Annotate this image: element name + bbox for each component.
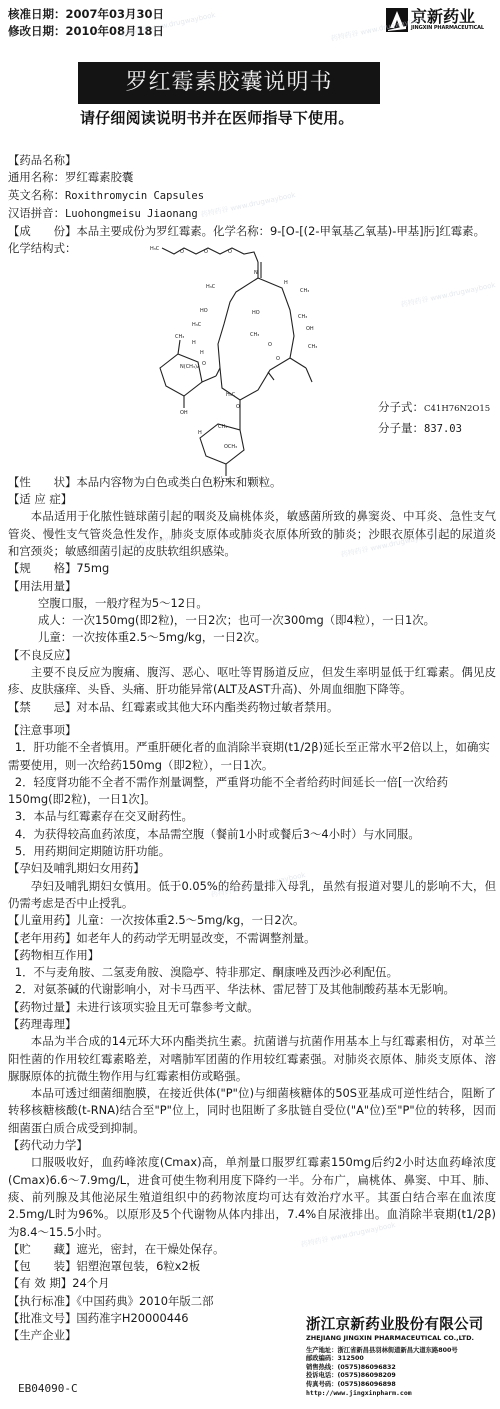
svg-text:H₃C: H₃C [206,284,216,290]
composition-text: 本品主要成份为罗红霉素。化学名称：9-[O-[(2-甲氧基乙氧基)-甲基]肟]红… [76,224,485,238]
heading-interactions: 【药物相互作用】 [8,947,496,964]
validity-text: 24个月 [72,1276,109,1290]
section-pediatric: 【儿童用药】儿童：一次按体重2.5～5mg/kg，一日2次。 [8,912,496,929]
revise-date: 2010年08月18日 [66,24,165,38]
indications-text: 本品适用于化脓性链球菌引起的咽炎及扁桃体炎，敏感菌所致的鼻窦炎、中耳炎、急性支气… [8,508,496,560]
svg-text:N: N [254,270,258,276]
heading-adverse: 【不良反应】 [8,647,496,664]
pharmacology-paragraph: 本品为半合成的14元环大环内酯类抗生素。抗菌谱与抗菌作用基本上与红霉素相仿，对革… [8,1033,496,1085]
heading-dosage: 【用法用量】 [8,578,496,595]
svg-text:OH: OH [306,326,314,332]
precaution-item: 3．本品与红霉素存在交叉耐药性。 [8,808,496,825]
precaution-item: 2．轻度肾功能不全者不需作剂量调整，严重肾功能不全者给药时间延长一倍[一次给药1… [8,774,496,809]
section-dosage: 【用法用量】 空腹口服，一般疗程为5～12日。 成人：一次150mg(即2粒)，… [8,578,496,647]
svg-text:H₃C: H₃C [192,322,202,328]
svg-text:CH₃: CH₃ [218,424,227,430]
heading-validity: 【有 效 期】 [8,1276,72,1290]
document-code: EB04090-C [18,1382,78,1395]
overdose-text: 未进行该项实验且无可靠参考文献。 [76,1000,258,1014]
contraindications-text: 对本品、红霉素或其他大环内酯类药物过敏者禁用。 [76,700,338,714]
svg-text:H: H [200,350,204,356]
company-name-cn: 浙江京新药业股份有限公司 [306,1316,500,1334]
heading-pharmacology: 【药理毒理】 [8,1016,496,1033]
approve-date: 2007年03月30日 [66,7,165,21]
svg-text:CH₃: CH₃ [300,288,309,294]
standard-text: 《中国药典》2010年版二部 [76,1294,213,1308]
dosage-line: 成人：一次150mg(即2粒)，一日2次；也可一次300mg（即4粒），一日1次… [8,612,496,629]
dates-block: 核准日期：2007年03月30日 修改日期：2010年08月18日 [8,6,164,40]
section-pregnancy: 【孕妇及哺乳期妇女用药】 孕妇及哺乳期妇女慎用。低于0.05%的给药量排入母乳，… [8,860,496,912]
heading-contraindications: 【禁 忌】 [8,700,76,714]
heading-pharmacokinetics: 【药代动力学】 [8,1137,496,1154]
svg-text:O: O [236,404,240,410]
svg-text:H₃C: H₃C [226,392,236,398]
section-interactions: 【药物相互作用】 1．不与麦角胺、二氢麦角胺、溴隐亭、特非那定、酮康唑及西沙必利… [8,947,496,999]
svg-text:O: O [276,356,280,362]
section-pharmacokinetics: 【药代动力学】 口服吸收好，血药峰浓度(Cmax)高，单剂量口服罗红霉素150m… [8,1137,496,1241]
dosage-line: 儿童：一次按体重2.5～5mg/kg，一日2次。 [8,629,496,646]
pediatric-text: 儿童：一次按体重2.5～5mg/kg，一日2次。 [76,913,304,927]
svg-text:H: H [198,430,202,436]
interaction-item: 2．对氨茶碱的代谢影响小，对卡马西平、华法林、雷尼替丁及其他制酸药基本无影响。 [8,981,496,998]
logo-cn-text: 京新药业 [411,8,484,25]
company-name-en: ZHEJIANG JINGXIN PHARMACEUTICAL CO.,LTD. [306,1334,500,1343]
section-package: 【包 装】铝塑泡罩包装，6粒x2板 [8,1258,496,1275]
heading-geriatric: 【老年用药】 [8,931,76,945]
package-insert: 核准日期：2007年03月30日 修改日期：2010年08月18日 京新药业 J… [0,0,500,1409]
company-logo: 京新药业 JINGXIN PHARMACEUTICAL [386,6,496,34]
company-postcode: 邮政编码：312500 [306,1355,500,1363]
revise-date-row: 修改日期：2010年08月18日 [8,23,164,40]
heading-pediatric: 【儿童用药】 [8,913,76,927]
svg-text:O: O [268,342,272,348]
company-block: 浙江京新药业股份有限公司 ZHEJIANG JINGXIN PHARMACEUT… [306,1316,500,1397]
english-name-label: 英文名称： [8,188,65,202]
molecular-info: 分子式：C41H76N2O15 分子量：837.03 [378,398,490,439]
pinyin-name: Luohongmeisu Jiaonang [65,208,198,220]
spec-text: 75mg [76,561,109,575]
formula-label: 分子式： [378,400,424,414]
approval-text: 国药准字H20000446 [76,1311,188,1325]
svg-text:CH₃: CH₃ [175,334,184,340]
svg-text:O: O [180,249,184,255]
svg-text:CH₃: CH₃ [222,478,231,484]
svg-text:O: O [202,361,206,367]
svg-text:O: O [228,249,232,255]
company-complaint-tel: 投诉电话：(0575)86098209 [306,1372,500,1380]
company-contact: 生产地址：浙江省新昌县羽林街道新昌大道东路800号 邮政编码：312500 销售… [306,1347,500,1397]
heading-storage: 【贮 藏】 [8,1242,76,1256]
svg-text:O: O [204,249,208,255]
section-validity: 【有 效 期】24个月 [8,1275,496,1292]
section-spec: 【规 格】75mg [8,560,496,577]
section-pharmacology: 【药理毒理】 本品为半合成的14元环大环内酯类抗生素。抗菌谱与抗菌作用基本上与红… [8,1016,496,1137]
heading-indications: 【适 应 症】 [8,491,496,508]
heading-pregnancy: 【孕妇及哺乳期妇女用药】 [8,860,496,877]
company-fax: 传真号码：(0575)86096898 [306,1381,500,1389]
svg-text:CH₃: CH₃ [250,332,259,338]
heading-appearance: 【性 状】 [8,475,76,489]
svg-text:HO: HO [252,310,260,316]
precaution-item: 4．为获得较高血药浓度，本品需空腹（餐前1小时或餐后3～4小时）与水同服。 [8,826,496,843]
heading-approval: 【批准文号】 [8,1311,76,1325]
company-website[interactable]: http://www.jingxinpharm.com [306,1389,500,1397]
section-indications: 【适 应 症】 本品适用于化脓性链球菌引起的咽炎及扁桃体炎，敏感菌所致的鼻窦炎、… [8,491,496,560]
jingxin-logo-icon [386,8,408,32]
adverse-text: 主要不良反应为腹痛、腹泻、恶心、呕吐等胃肠道反应，但发生率明显低于红霉素。偶见皮… [8,664,496,699]
section-contraindications: 【禁 忌】对本品、红霉素或其他大环内酯类药物过敏者禁用。 [8,699,496,716]
document-title: 罗红霉素胶囊说明书 [78,62,380,104]
heading-precautions: 【注意事项】 [8,722,496,739]
svg-text:N(CH₃)₂: N(CH₃)₂ [180,364,199,370]
heading-package: 【包 装】 [8,1259,76,1273]
heading-standard: 【执行标准】 [8,1294,76,1308]
pharmacokinetics-text: 口服吸收好，血药峰浓度(Cmax)高，单剂量口服罗红霉素150mg后约2小时达血… [8,1154,496,1240]
package-text: 铝塑泡罩包装，6粒x2板 [76,1259,200,1273]
logo-en-text: JINGXIN PHARMACEUTICAL [411,25,484,32]
pharmacology-paragraph: 本品可透过细菌细胞膜，在接近供体("P"位)与细菌核糖体的50S亚基成可逆性结合… [8,1085,496,1137]
document-subtitle: 请仔细阅读说明书并在医师指导下使用。 [80,107,420,128]
section-precautions: 【注意事项】 1．肝功能不全者慎用。严重肝硬化者的血消除半衰期(t1/2β)延长… [8,722,496,860]
svg-text:OH: OH [180,410,188,416]
weight-label: 分子量： [378,421,424,435]
precaution-item: 1．肝功能不全者慎用。严重肝硬化者的血消除半衰期(t1/2β)延长至正常水平2倍… [8,739,496,774]
svg-text:H: H [284,280,288,286]
heading-spec: 【规 格】 [8,561,76,575]
section-standard: 【执行标准】《中国药典》2010年版二部 [8,1293,496,1310]
section-storage: 【贮 藏】遮光，密封，在干燥处保存。 [8,1241,496,1258]
section-name: 【药品名称】 通用名称：罗红霉素胶囊 英文名称：Roxithromycin Ca… [8,152,496,223]
svg-text:H₃C: H₃C [150,246,160,252]
approve-date-row: 核准日期：2007年03月30日 [8,6,164,23]
section-overdose: 【药物过量】未进行该项实验且无可靠参考文献。 [8,999,496,1016]
generic-name-label: 通用名称： [8,170,65,184]
section-adverse: 【不良反应】 主要不良反应为腹痛、腹泻、恶心、呕吐等胃肠道反应，但发生率明显低于… [8,647,496,699]
approve-date-label: 核准日期： [8,7,66,21]
chemical-structure-diagram: H₃C O O O N H₃C H CH₃ HO HO CH₃ OH H₃C C… [140,240,340,490]
english-name: Roxithromycin Capsules [65,190,204,202]
heading-drug-name: 【药品名称】 [8,152,496,169]
svg-text:H: H [192,340,196,346]
revise-date-label: 修改日期： [8,24,66,38]
storage-text: 遮光，密封，在干燥处保存。 [76,1242,224,1256]
svg-text:CH₃: CH₃ [298,314,307,320]
molecular-weight: 837.03 [424,423,462,435]
section-geriatric: 【老年用药】如老年人的药动学无明显改变，不需调整剂量。 [8,930,496,947]
interaction-item: 1．不与麦角胺、二氢麦角胺、溴隐亭、特非那定、酮康唑及西沙必利配伍。 [8,964,496,981]
pregnancy-text: 孕妇及哺乳期妇女慎用。低于0.05%的给药量排入母乳，虽然有报道对婴儿的影响不大… [8,878,496,913]
generic-name: 罗红霉素胶囊 [65,170,133,184]
heading-overdose: 【药物过量】 [8,1000,76,1014]
svg-text:CH₃: CH₃ [308,344,317,350]
precaution-item: 5．用药期间定期随访肝功能。 [8,843,496,860]
geriatric-text: 如老年人的药动学无明显改变，不需调整剂量。 [76,931,315,945]
svg-text:OCH₃: OCH₃ [224,444,237,450]
dosage-line: 空腹口服，一般疗程为5～12日。 [8,595,496,612]
svg-text:HO: HO [200,308,208,314]
molecular-formula: C41H76N2O15 [424,404,490,414]
pinyin-label: 汉语拼音： [8,206,65,220]
heading-composition: 【成 份】 [8,224,76,238]
heading-manufacturer: 【生产企业】 [8,1328,76,1342]
company-sales-tel: 销售热线：(0575)86096832 [306,1364,500,1372]
